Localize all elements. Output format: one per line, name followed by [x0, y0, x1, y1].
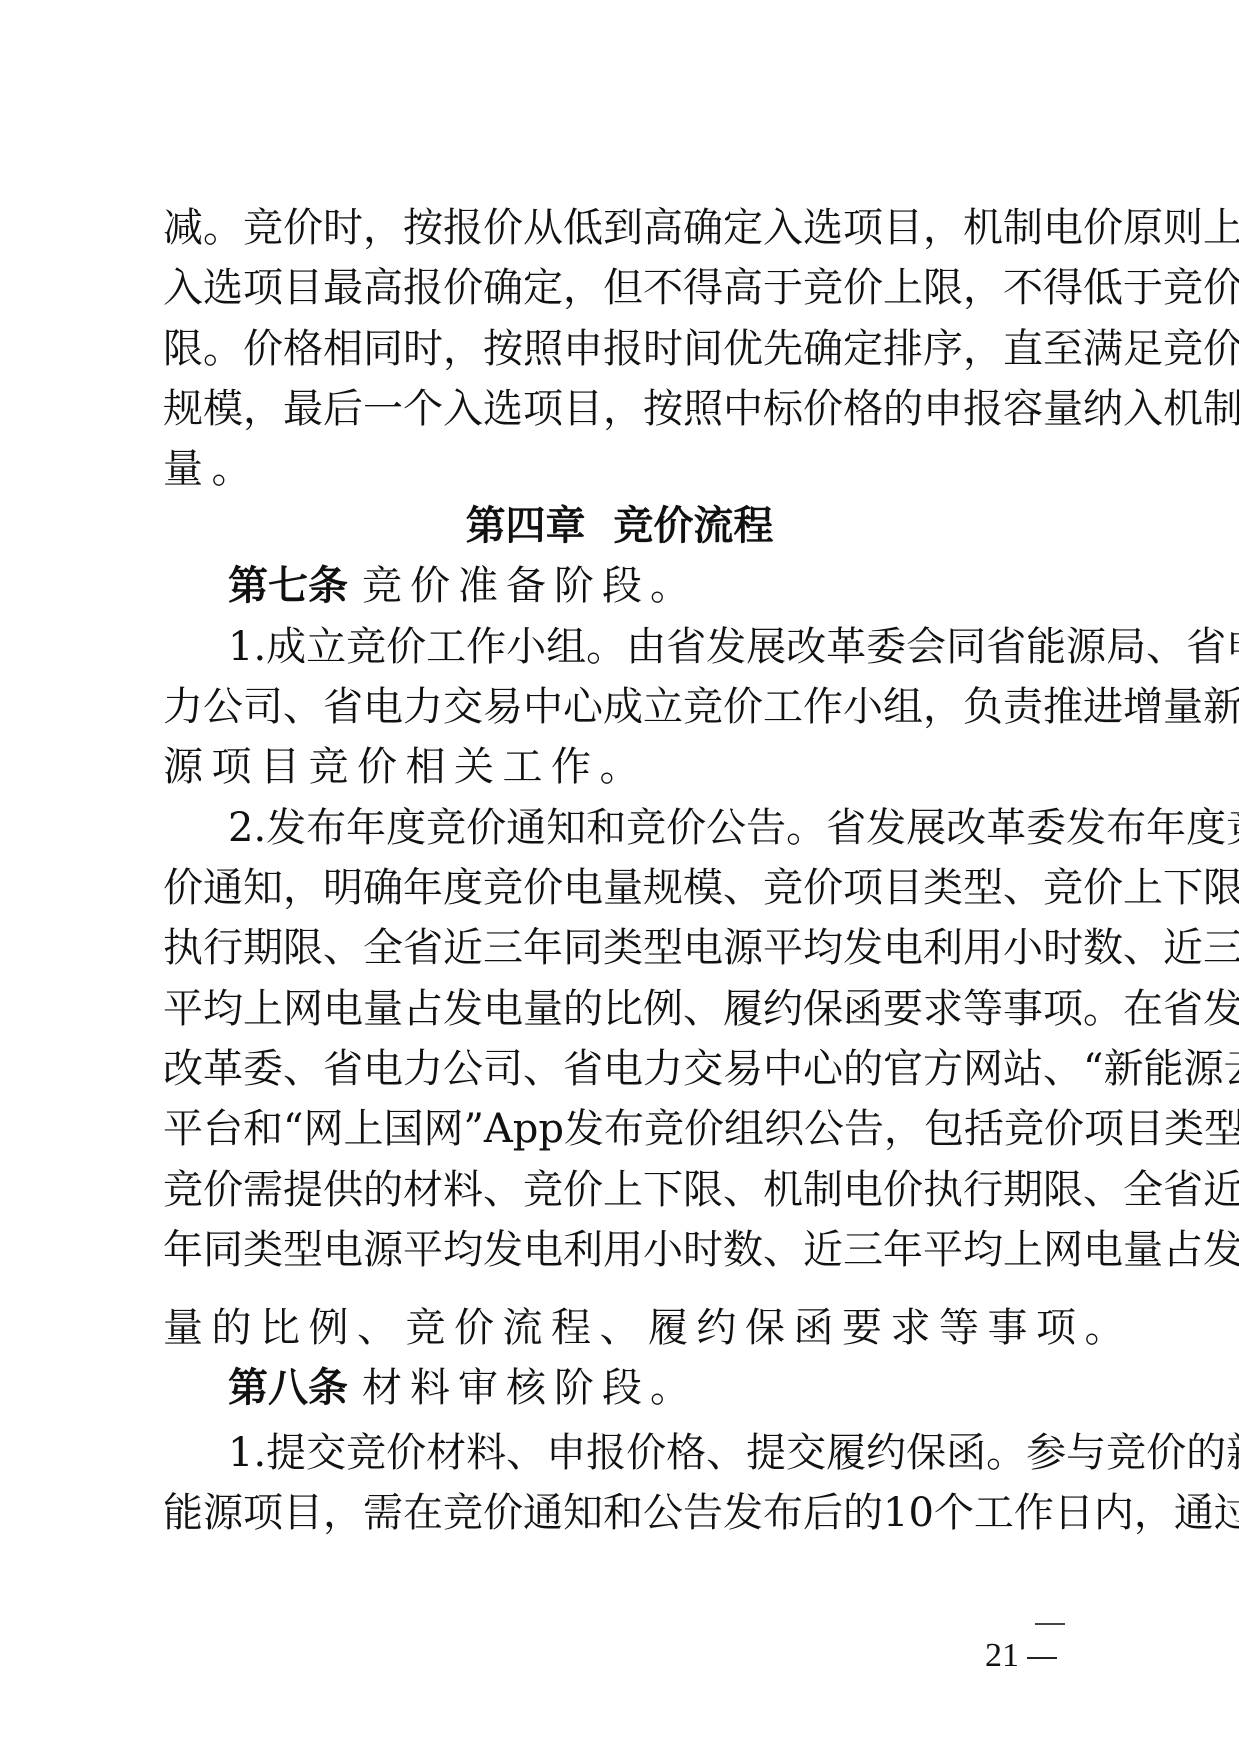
text-glyph: 料	[466, 1423, 506, 1483]
text-glyph: 展	[746, 617, 786, 677]
text-glyph: 局	[1106, 617, 1146, 677]
text-glyph: 量	[363, 979, 403, 1039]
text-glyph: ，	[443, 319, 483, 379]
text-glyph: 的	[843, 1039, 883, 1099]
text-line: 平均上网电量占发电量的比例、履约保函要求等事项。在省发展	[163, 979, 1077, 1039]
text-line: 年同类型电源平均发电利用小时数、近三年平均上网电量占发电	[163, 1220, 1077, 1280]
text-glyph: ，	[884, 1099, 924, 1159]
text-glyph: 、	[1003, 858, 1043, 918]
text-glyph: 从	[523, 198, 563, 258]
text-glyph: 制	[1003, 198, 1043, 258]
text-glyph: 与	[1066, 1423, 1106, 1483]
text-glyph: ，	[323, 1483, 363, 1543]
text-glyph: 原	[1123, 198, 1163, 258]
text-glyph: 保	[803, 979, 843, 1039]
text-glyph: 公	[443, 1039, 483, 1099]
text-glyph: 近	[1163, 918, 1203, 978]
text-glyph: App	[484, 1099, 564, 1159]
text-glyph: 排	[883, 319, 923, 379]
text-glyph: 、	[1083, 1160, 1123, 1220]
text-line: 改革委、省电力公司、省电力交易中心的官方网站、“新能源云”	[163, 1039, 1077, 1099]
text-glyph: 竞	[243, 198, 283, 258]
text-line: 量。	[163, 439, 1077, 499]
text-glyph: 机	[763, 1160, 803, 1220]
text-glyph: 作	[466, 617, 506, 677]
text-glyph: 函	[843, 979, 883, 1039]
text-glyph: 照	[683, 379, 723, 439]
text-glyph: 机	[963, 198, 1003, 258]
text-glyph: ，	[603, 379, 643, 439]
page-number-value: 21	[985, 1637, 1019, 1674]
text-glyph: 价	[443, 258, 483, 318]
text-glyph: 电	[483, 979, 523, 1039]
text-glyph: 平	[163, 979, 203, 1039]
text-glyph: 组	[883, 677, 923, 737]
text-glyph: 价	[1203, 258, 1239, 318]
text-glyph: 选	[203, 258, 243, 318]
text-glyph: 价	[626, 1423, 666, 1483]
text-glyph: 价	[1146, 1423, 1186, 1483]
text-glyph: 电	[523, 1220, 563, 1280]
text-glyph: 均	[443, 1220, 483, 1280]
text-glyph: 高	[363, 258, 403, 318]
text-glyph: 间	[683, 319, 723, 379]
text-glyph: 类	[923, 858, 963, 918]
text-glyph: 目	[283, 1483, 323, 1543]
article-title: 第八条	[228, 1365, 348, 1411]
text-glyph: 力	[643, 1039, 683, 1099]
text-glyph: 竞	[626, 798, 666, 858]
text-glyph: 型	[963, 858, 1003, 918]
text-glyph: 要	[883, 979, 923, 1039]
text-glyph: 心	[563, 677, 603, 737]
page-number-dash	[1027, 1657, 1057, 1659]
text-glyph: 利	[563, 1220, 603, 1280]
text-glyph: 定	[523, 258, 563, 318]
text-glyph: 立	[306, 617, 346, 677]
text-glyph: 委	[866, 617, 906, 677]
text-glyph: 期	[243, 918, 283, 978]
text-glyph: 上	[1203, 198, 1239, 258]
text-glyph: 入	[443, 379, 483, 439]
text-glyph: 进	[1083, 677, 1123, 737]
text-glyph: 布	[306, 798, 346, 858]
text-glyph: 小	[506, 617, 546, 677]
text-glyph: 限	[923, 258, 963, 318]
text-glyph: 改	[786, 617, 826, 677]
text-glyph: 定	[723, 198, 763, 258]
text-glyph: 小	[1003, 918, 1043, 978]
text-glyph: 约	[763, 979, 803, 1039]
text-glyph: 量	[1163, 677, 1203, 737]
text-glyph: 竞	[346, 617, 386, 677]
article-title: 第七条	[228, 563, 348, 609]
text-glyph: 履	[826, 1423, 866, 1483]
text-glyph: 个	[934, 1483, 974, 1543]
text-glyph: 站	[1003, 1039, 1043, 1099]
text-glyph: 高	[723, 258, 763, 318]
text-glyph: 年	[346, 798, 386, 858]
text-glyph: 限	[283, 918, 323, 978]
text-glyph: ，	[243, 379, 283, 439]
text-glyph: 通	[506, 798, 546, 858]
text-glyph: 近	[1203, 1160, 1239, 1220]
text-glyph: ，	[1134, 1483, 1174, 1543]
text-glyph: 目	[883, 858, 923, 918]
text-glyph: 价	[1044, 1099, 1084, 1159]
text-glyph: 全	[1123, 1160, 1163, 1220]
text-glyph: 最	[323, 258, 363, 318]
text-glyph: 得	[1043, 258, 1083, 318]
text-glyph: 同	[946, 617, 986, 677]
text-glyph: 后	[323, 379, 363, 439]
text-glyph: 按	[643, 379, 683, 439]
text-glyph: 价	[666, 798, 706, 858]
text-glyph: 发	[564, 1099, 604, 1159]
text-glyph: 到	[603, 198, 643, 258]
text-glyph: 度	[1186, 798, 1226, 858]
text-glyph: 纳	[1083, 379, 1123, 439]
text-glyph: 行	[963, 1160, 1003, 1220]
text-glyph: 项	[243, 258, 283, 318]
text-glyph: 价	[1083, 198, 1123, 258]
text-glyph: 电	[1083, 1220, 1123, 1280]
text-glyph: 上	[243, 979, 283, 1039]
text-glyph: 源	[1183, 1039, 1223, 1099]
text-glyph: ，	[923, 677, 963, 737]
text-glyph: 均	[803, 918, 843, 978]
text-glyph: 、	[706, 1423, 746, 1483]
text-line: 力公司、省电力交易中心成立竞价工作小组，负责推进增量新能	[163, 677, 1077, 737]
text-glyph: 报	[603, 319, 643, 379]
text-glyph: 年	[163, 1220, 203, 1280]
text-glyph: 的	[843, 1483, 883, 1543]
text-glyph: 布	[604, 1099, 644, 1159]
text-line: 1.提交竞价材料、申报价格、提交履约保函。参与竞价的新	[228, 1423, 1077, 1483]
text-glyph: 三	[1203, 918, 1239, 978]
text-glyph: 发	[1203, 979, 1239, 1039]
text-glyph: 确	[363, 858, 403, 918]
text-glyph: 革	[203, 1039, 243, 1099]
text-glyph: 易	[723, 1039, 763, 1099]
text-glyph: 竞	[426, 798, 466, 858]
text-glyph: 格	[843, 379, 883, 439]
text-glyph: 近	[803, 1220, 843, 1280]
text-glyph: 平	[163, 1099, 203, 1159]
text-glyph: 委	[1026, 798, 1066, 858]
text-glyph: 参	[1026, 1423, 1066, 1483]
text-glyph: 量	[603, 858, 643, 918]
text-glyph: 限	[1043, 1160, 1083, 1220]
document-page: 减。竞价时，按报价从低到高确定入选项目，机制电价原则上按 入选项目最高报价确定，…	[0, 0, 1239, 1752]
text-glyph: 例	[643, 979, 683, 1039]
text-glyph: 目	[1124, 1099, 1164, 1159]
text-glyph: 在	[403, 1483, 443, 1543]
text-glyph: 型	[283, 1220, 323, 1280]
text-glyph: “	[1083, 1039, 1103, 1099]
text-glyph: 的	[363, 1160, 403, 1220]
text-glyph: 比	[603, 979, 643, 1039]
text-glyph: 执	[923, 1160, 963, 1220]
text-glyph: 一	[363, 379, 403, 439]
text-glyph: 电	[883, 918, 923, 978]
text-glyph: 直	[1003, 319, 1043, 379]
text-glyph: 价	[883, 1160, 923, 1220]
text-glyph: 提	[266, 1423, 306, 1483]
text-glyph: 材	[403, 1160, 443, 1220]
text-glyph: 通	[523, 1483, 563, 1543]
text-glyph: 、	[723, 1160, 763, 1220]
text-glyph: 个	[403, 379, 443, 439]
text-glyph: 但	[603, 258, 643, 318]
article-description: 竞价准备阶段。	[362, 563, 698, 609]
text-glyph: 提	[746, 1423, 786, 1483]
text-glyph: 、	[1146, 617, 1186, 677]
text-glyph: 格	[283, 319, 323, 379]
text-glyph: 竞	[1163, 319, 1203, 379]
text-glyph: 时	[1043, 918, 1083, 978]
text-glyph: 竞	[763, 858, 803, 918]
text-glyph: 竞	[523, 1160, 563, 1220]
text-glyph: 网	[1043, 1220, 1083, 1280]
text-glyph: 申	[563, 319, 603, 379]
text-glyph: 公	[804, 1099, 844, 1159]
text-glyph: 报	[443, 198, 483, 258]
text-glyph: 工	[426, 617, 466, 677]
text-glyph: 组	[546, 617, 586, 677]
text-glyph: 工	[763, 677, 803, 737]
text-glyph: 力	[403, 1039, 443, 1099]
text-glyph: 、	[283, 677, 323, 737]
text-glyph: 作	[803, 677, 843, 737]
text-glyph: 价	[386, 1423, 426, 1483]
text-glyph: 的	[563, 979, 603, 1039]
text-glyph: 不	[1003, 258, 1043, 318]
text-glyph: 确	[483, 258, 523, 318]
text-glyph: 报	[586, 1423, 626, 1483]
text-glyph: “	[283, 1099, 303, 1159]
text-glyph: 入	[763, 198, 803, 258]
text-glyph: 执	[163, 918, 203, 978]
text-glyph: 省	[403, 918, 443, 978]
text-glyph: 、	[723, 858, 763, 918]
text-glyph: 时	[643, 319, 683, 379]
text-glyph: 占	[403, 979, 443, 1039]
text-glyph: 确	[683, 198, 723, 258]
text-glyph: 机	[1163, 379, 1203, 439]
text-glyph: 台	[203, 1099, 243, 1159]
text-glyph: 价	[163, 858, 203, 918]
text-glyph: 心	[803, 1039, 843, 1099]
text-glyph: 发	[706, 617, 746, 677]
text-glyph: 报	[963, 379, 1003, 439]
text-glyph: 满	[1083, 319, 1123, 379]
text-glyph: 不	[643, 258, 683, 318]
text-line: 价通知，明确年度竞价电量规模、竞价项目类型、竞价上下限、	[163, 858, 1077, 918]
text-glyph: 和	[603, 1483, 643, 1543]
text-glyph: 选	[483, 379, 523, 439]
text-line: 规模，最后一个入选项目，按照中标价格的申报容量纳入机制电	[163, 379, 1077, 439]
text-glyph: 电	[1226, 617, 1239, 677]
text-glyph: 等	[963, 979, 1003, 1039]
text-glyph: 需	[363, 1483, 403, 1543]
text-glyph: 上	[603, 1160, 643, 1220]
text-glyph: ，	[563, 258, 603, 318]
text-glyph: 、	[763, 1220, 803, 1280]
text-glyph: 目	[283, 258, 323, 318]
text-glyph: 先	[763, 319, 803, 379]
text-glyph: 的	[883, 379, 923, 439]
text-glyph: 、	[506, 1423, 546, 1483]
text-glyph: ，	[923, 198, 963, 258]
text-glyph: 类	[1164, 1099, 1204, 1159]
text-glyph: 全	[363, 918, 403, 978]
text-glyph: 量	[523, 979, 563, 1039]
text-glyph: 于	[1123, 258, 1163, 318]
text-glyph: 、	[1123, 918, 1163, 978]
text-glyph: 限	[683, 1160, 723, 1220]
text-glyph: 省	[323, 1039, 363, 1099]
text-glyph: 云	[1223, 1039, 1239, 1099]
text-glyph: 用	[603, 1220, 643, 1280]
text-glyph: 价	[386, 617, 426, 677]
text-glyph: 力	[163, 677, 203, 737]
text-glyph: 量	[1043, 379, 1083, 439]
text-glyph: 交	[683, 1039, 723, 1099]
text-glyph: 司	[243, 677, 283, 737]
text-glyph: 改	[946, 798, 986, 858]
text-glyph: 。	[986, 1423, 1026, 1483]
text-glyph: 数	[723, 1220, 763, 1280]
text-glyph: 按	[483, 319, 523, 379]
text-glyph: 电	[683, 918, 723, 978]
text-glyph: 年	[523, 918, 563, 978]
text-glyph: 通	[203, 858, 243, 918]
text-glyph: 型	[1204, 1099, 1239, 1159]
text-glyph: 竞	[683, 677, 723, 737]
text-glyph: 入	[163, 258, 203, 318]
text-glyph: 改	[163, 1039, 203, 1099]
text-glyph: 源	[203, 1483, 243, 1543]
text-glyph: 中	[523, 677, 563, 737]
text-glyph: 则	[1163, 198, 1203, 258]
text-glyph: 价	[843, 258, 883, 318]
text-glyph: 最	[283, 379, 323, 439]
text-glyph: 发	[443, 979, 483, 1039]
text-glyph: 价	[563, 1160, 603, 1220]
text-glyph: 负	[963, 677, 1003, 737]
text-line: 2.发布年度竞价通知和竞价公告。省发展改革委发布年度竞	[228, 798, 1077, 858]
text-glyph: 目	[563, 379, 603, 439]
text-glyph: 电	[1043, 198, 1083, 258]
text-glyph: 格	[666, 1423, 706, 1483]
text-glyph: 展	[906, 798, 946, 858]
text-glyph: 竞	[1226, 798, 1239, 858]
text-glyph: 函	[946, 1423, 986, 1483]
text-glyph: 限	[1203, 858, 1239, 918]
text-glyph: 得	[683, 258, 723, 318]
text-glyph: 省	[986, 617, 1026, 677]
text-glyph: 上	[1003, 1220, 1043, 1280]
text-glyph: 知	[243, 858, 283, 918]
text-line: 量的比例、竞价流程、履约保函要求等事项。	[163, 1298, 1077, 1358]
text-glyph: 2.	[228, 798, 266, 858]
text-glyph: 公	[706, 798, 746, 858]
text-glyph: 至	[1043, 319, 1083, 379]
text-glyph: 网	[283, 979, 323, 1039]
text-glyph: 照	[523, 319, 563, 379]
text-glyph: 增	[1123, 677, 1163, 737]
text-glyph: 入	[1123, 379, 1163, 439]
text-glyph: 同	[203, 1220, 243, 1280]
text-glyph: 竞	[483, 858, 523, 918]
text-glyph: 年	[403, 858, 443, 918]
text-glyph: 时	[683, 1220, 723, 1280]
text-line: 限。价格相同时，按照申报时间优先确定排序，直至满足竞价总	[163, 319, 1077, 379]
text-glyph: 省	[666, 617, 706, 677]
text-glyph: 型	[643, 918, 683, 978]
text-glyph: 平	[763, 918, 803, 978]
text-glyph: 竞	[443, 1483, 483, 1543]
text-glyph: 网	[303, 1099, 343, 1159]
text-glyph: 上	[1123, 858, 1163, 918]
page-number: 21	[985, 1636, 1057, 1676]
text-glyph: 平	[923, 1220, 963, 1280]
text-glyph: 、	[283, 1039, 323, 1099]
text-glyph: 国	[383, 1099, 423, 1159]
text-glyph: 均	[203, 979, 243, 1039]
text-glyph: 10	[883, 1483, 934, 1543]
text-glyph: 竞	[1106, 1423, 1146, 1483]
text-glyph: 项	[1043, 979, 1083, 1039]
text-glyph: 能	[1026, 617, 1066, 677]
text-glyph: 、	[683, 979, 723, 1039]
text-glyph: 低	[1083, 258, 1123, 318]
text-glyph: 竞	[1043, 858, 1083, 918]
text-glyph: 后	[803, 1483, 843, 1543]
text-glyph: 交	[443, 677, 483, 737]
text-glyph: 能	[1143, 1039, 1183, 1099]
text-glyph: 竞	[1004, 1099, 1044, 1159]
text-glyph: 需	[243, 1160, 283, 1220]
text-glyph: 。	[1083, 979, 1123, 1039]
text-glyph: 省	[563, 1039, 603, 1099]
text-glyph: 减	[163, 198, 203, 258]
text-glyph: 工	[974, 1483, 1014, 1543]
text-glyph: 竞	[1163, 258, 1203, 318]
text-glyph: 省	[1163, 1160, 1203, 1220]
text-glyph: 数	[1083, 918, 1123, 978]
text-glyph: 由	[626, 617, 666, 677]
page-number-dash	[1035, 1623, 1065, 1625]
text-line: 减。竞价时，按报价从低到高确定入选项目，机制电价原则上按	[163, 198, 1077, 258]
text-glyph: 三	[843, 1220, 883, 1280]
text-glyph: 平	[403, 1220, 443, 1280]
text-glyph: 方	[923, 1039, 963, 1099]
text-glyph: ”	[463, 1099, 483, 1159]
text-glyph: 模	[203, 379, 243, 439]
text-glyph: 按	[403, 198, 443, 258]
text-glyph: 织	[764, 1099, 804, 1159]
text-glyph: 告	[746, 798, 786, 858]
text-glyph: 年	[1146, 798, 1186, 858]
text-glyph: 、	[523, 1039, 563, 1099]
text-glyph: 小	[643, 1220, 683, 1280]
text-glyph: 发	[843, 918, 883, 978]
text-glyph: 制	[1203, 379, 1239, 439]
text-glyph: 项	[1084, 1099, 1124, 1159]
text-glyph: 。	[203, 319, 243, 379]
